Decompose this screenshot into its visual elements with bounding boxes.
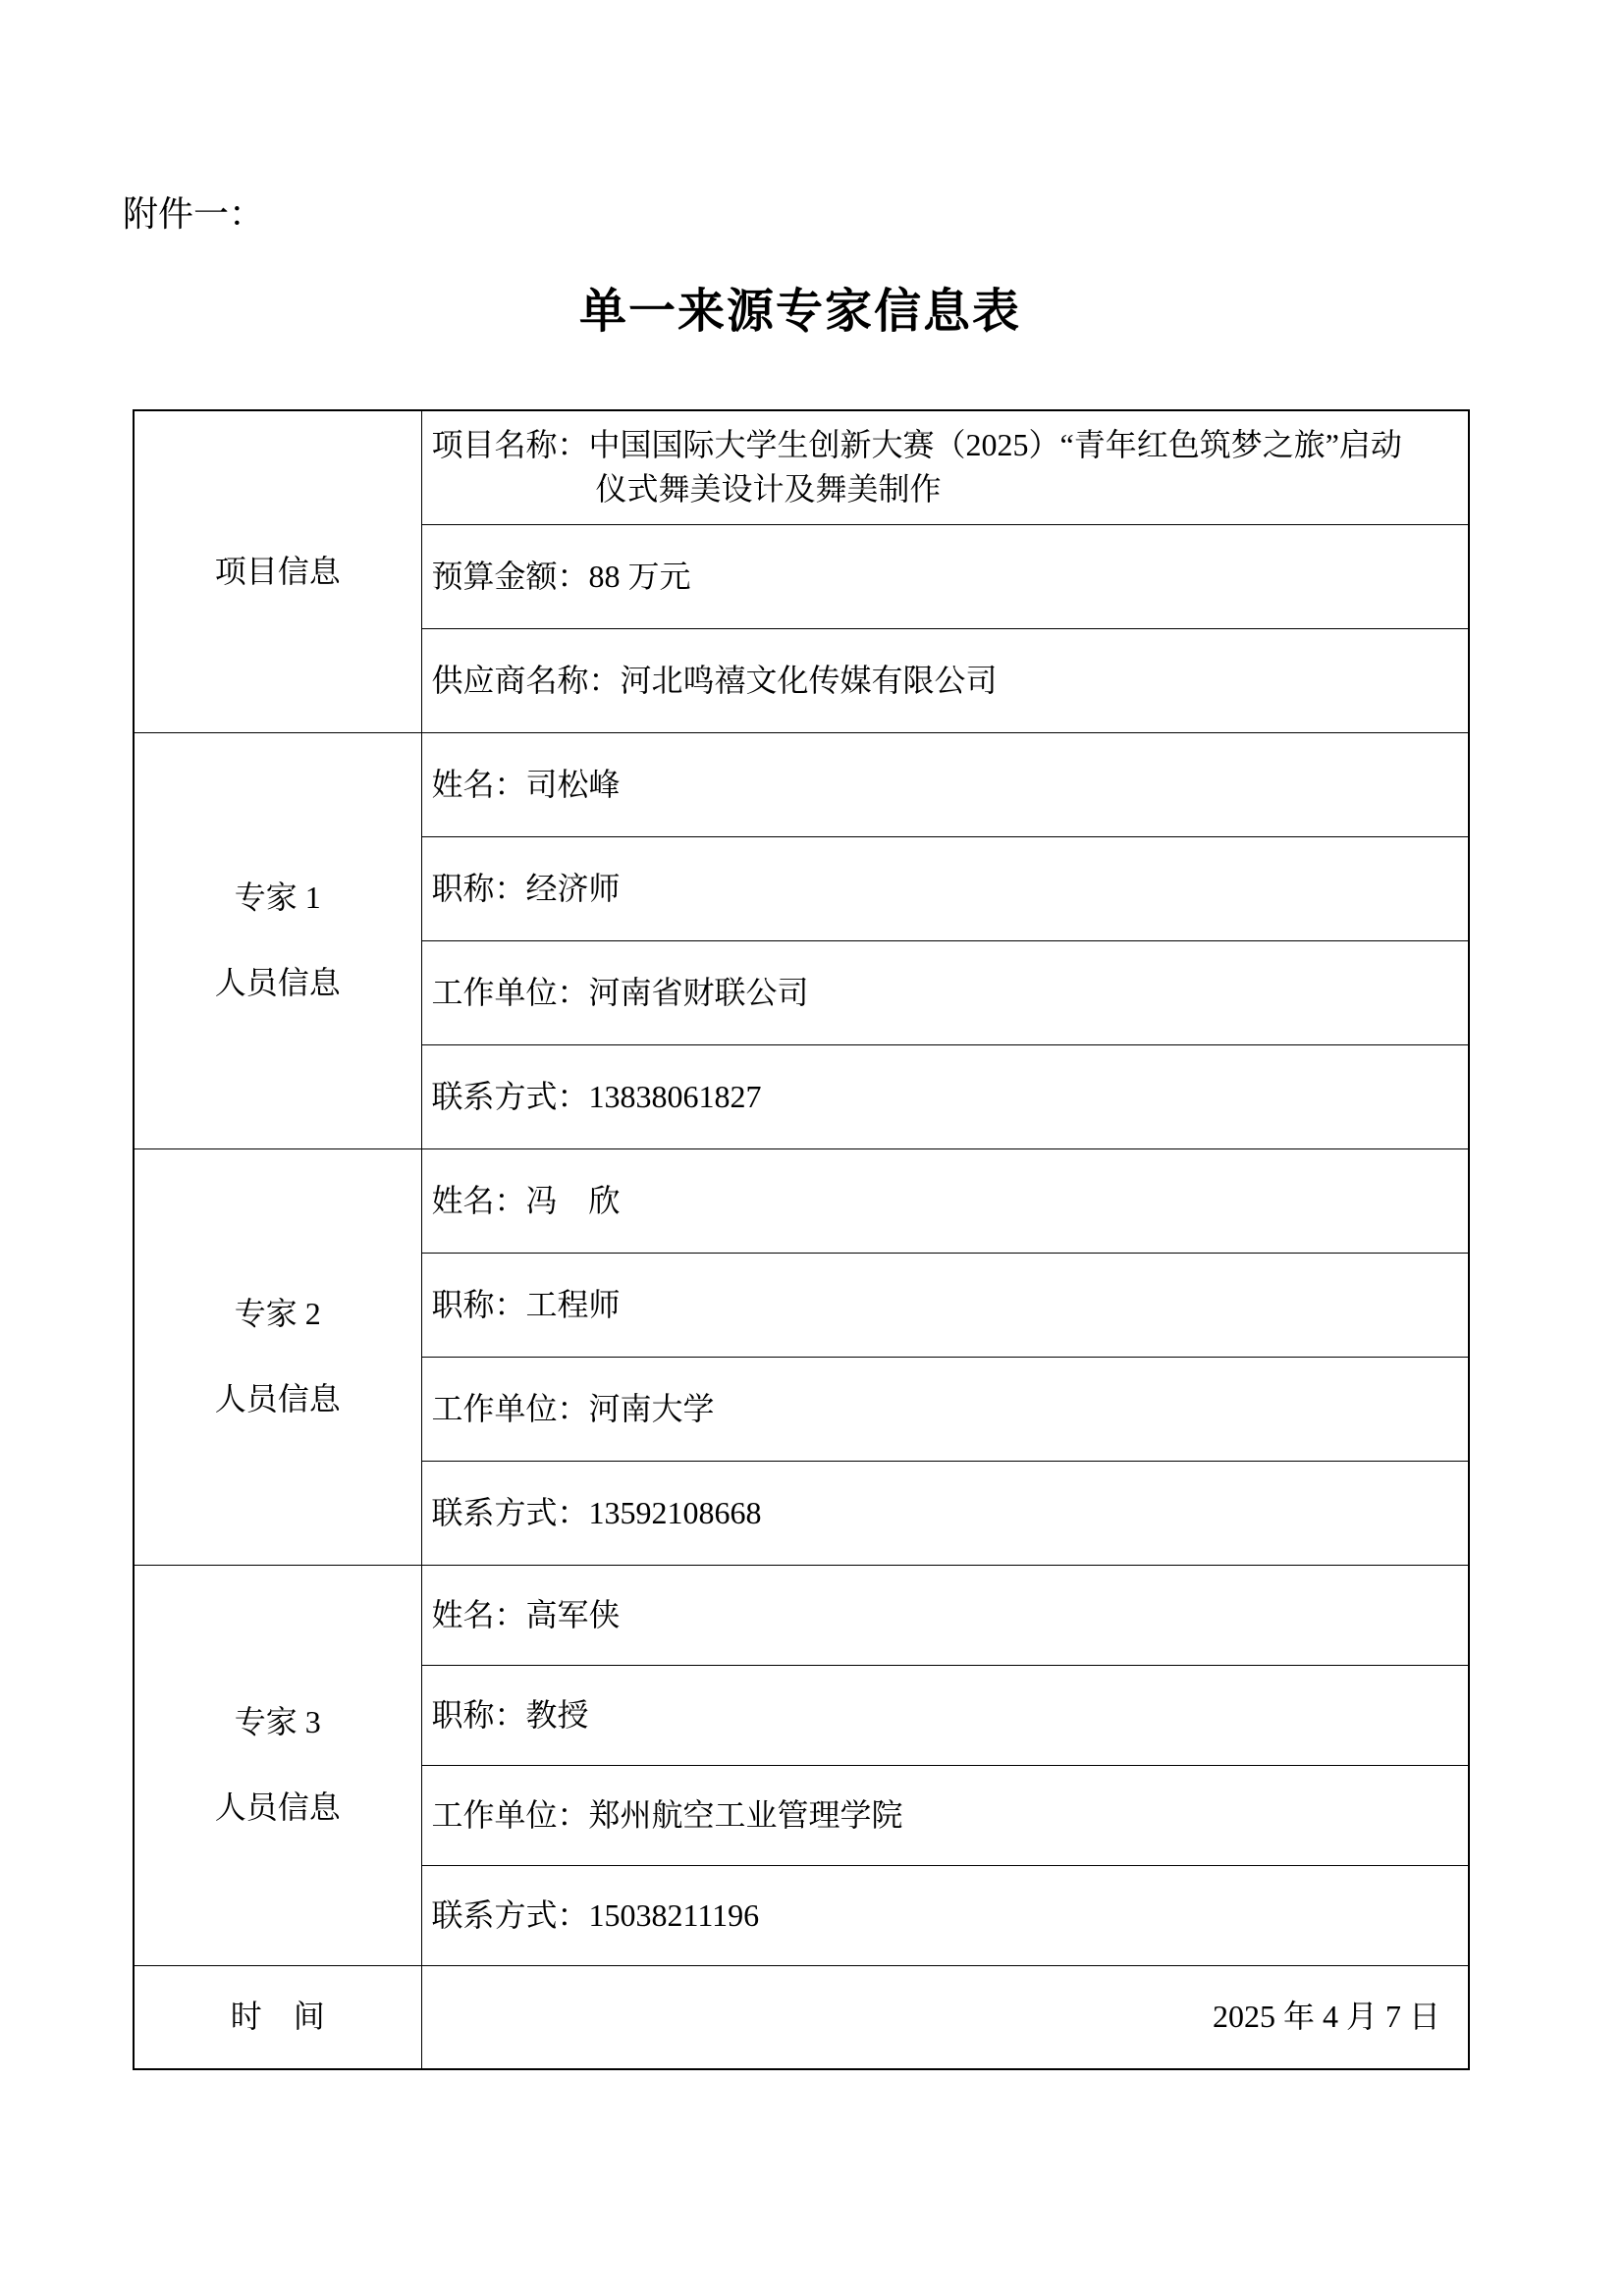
section-label-text: 项目信息 <box>135 550 421 594</box>
expert1-name-cell: 姓名：司松峰 <box>421 732 1469 836</box>
section-label-project: 项目信息 <box>134 410 421 732</box>
project-name-line1: 项目名称：中国国际大学生创新大赛（2025）“青年红色筑梦之旅”启动 <box>432 423 1459 467</box>
page-title: 单一来源专家信息表 <box>133 283 1468 342</box>
expert3-contact-cell: 联系方式：15038211196 <box>421 1865 1469 1965</box>
expert3-label-line2: 人员信息 <box>215 1786 341 1830</box>
expert2-contact-cell: 联系方式：13592108668 <box>421 1461 1469 1565</box>
expert2-workunit-cell: 工作单位：河南大学 <box>421 1357 1469 1461</box>
project-name-line2: 仪式舞美设计及舞美制作 <box>596 467 1459 511</box>
supplier-cell: 供应商名称：河北鸣禧文化传媒有限公司 <box>421 628 1469 732</box>
document-page: 附件一： 单一来源专家信息表 项目信息 项目名称：中国国际大学生创新大赛（202… <box>0 0 1624 2296</box>
table-row: 项目信息 项目名称：中国国际大学生创新大赛（2025）“青年红色筑梦之旅”启动 … <box>134 410 1469 524</box>
expert3-title-cell: 职称：教授 <box>421 1665 1469 1765</box>
expert3-name-cell: 姓名：高军侠 <box>421 1565 1469 1665</box>
table-row: 专家 2 人员信息 姓名：冯 欣 <box>134 1148 1469 1253</box>
attachment-label: 附件一： <box>123 192 264 236</box>
budget-cell: 预算金额：88 万元 <box>421 524 1469 628</box>
expert1-label-line2: 人员信息 <box>215 961 341 1005</box>
expert3-workunit-cell: 工作单位：郑州航空工业管理学院 <box>421 1765 1469 1865</box>
expert2-title-cell: 职称：工程师 <box>421 1253 1469 1357</box>
section-label-expert1: 专家 1 人员信息 <box>134 732 421 1148</box>
expert2-label-line1: 专家 2 <box>235 1292 321 1336</box>
section-label-expert3: 专家 3 人员信息 <box>134 1565 421 1965</box>
expert2-name-cell: 姓名：冯 欣 <box>421 1148 1469 1253</box>
expert2-label-line2: 人员信息 <box>215 1377 341 1421</box>
table-row: 时 间 2025 年 4 月 7 日 <box>134 1965 1469 2069</box>
table-row: 专家 1 人员信息 姓名：司松峰 <box>134 732 1469 836</box>
time-label-cell: 时 间 <box>134 1965 421 2069</box>
time-value-cell: 2025 年 4 月 7 日 <box>421 1965 1469 2069</box>
section-label-expert2: 专家 2 人员信息 <box>134 1148 421 1565</box>
expert3-label-line1: 专家 3 <box>235 1700 321 1744</box>
table-row: 专家 3 人员信息 姓名：高军侠 <box>134 1565 1469 1665</box>
expert1-contact-cell: 联系方式：13838061827 <box>421 1044 1469 1148</box>
expert1-label-line1: 专家 1 <box>235 876 321 920</box>
expert1-title-cell: 职称：经济师 <box>421 836 1469 940</box>
expert1-workunit-cell: 工作单位：河南省财联公司 <box>421 940 1469 1044</box>
project-name-cell: 项目名称：中国国际大学生创新大赛（2025）“青年红色筑梦之旅”启动 仪式舞美设… <box>421 410 1469 524</box>
expert-info-table: 项目信息 项目名称：中国国际大学生创新大赛（2025）“青年红色筑梦之旅”启动 … <box>133 409 1470 2070</box>
